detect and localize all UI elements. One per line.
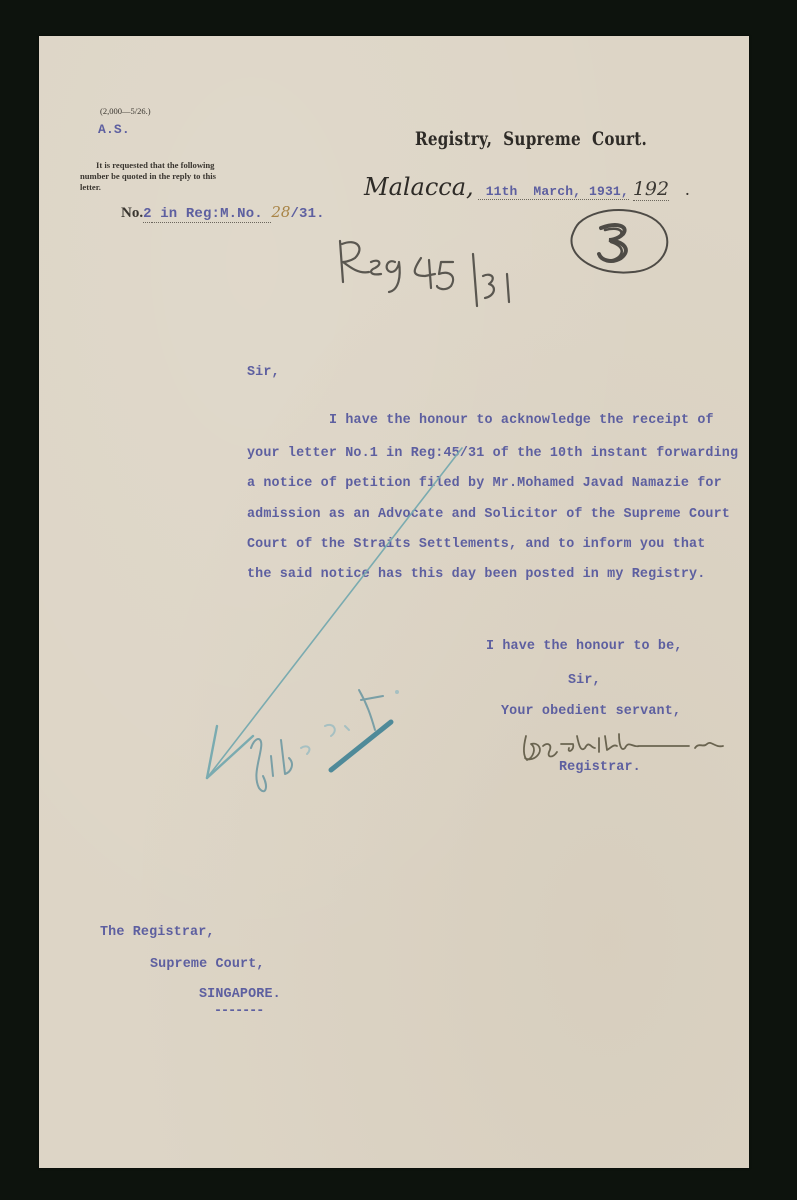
reference-notice-line3: letter. <box>80 182 245 193</box>
reference-number: No.2 in Reg:M.No. 28/31. <box>121 203 325 222</box>
body-line-3: a notice of petition filed by Mr.Mohamed… <box>247 476 722 491</box>
body-line-5: Court of the Straits Settlements, and to… <box>247 537 705 552</box>
date-typed: 11th March, 1931, <box>478 184 629 200</box>
body-line-4: admission as an Advocate and Solicitor o… <box>247 507 730 522</box>
addressee-line-3: SINGAPORE. <box>199 987 281 1002</box>
registrar-signature <box>524 734 723 760</box>
closing-line-2: Sir, <box>568 673 601 688</box>
date-end-dot: . <box>673 179 690 199</box>
typist-initials: A.S. <box>98 122 130 137</box>
pencil-reference-reg-45-31 <box>340 241 509 306</box>
reference-notice-line2: number be quoted in the reply to this <box>80 171 245 182</box>
addressee-line-2: Supreme Court, <box>150 957 265 972</box>
letterhead-title: Registry, Supreme Court. <box>415 128 647 150</box>
place-date-line: Malacca, 11th March, 1931, 192 . <box>364 173 690 201</box>
blue-pencil-initials <box>251 690 398 791</box>
closing-line-3: Your obedient servant, <box>501 704 681 719</box>
reference-notice: It is requested that the following numbe… <box>80 160 245 193</box>
salutation: Sir, <box>247 365 280 380</box>
reference-suffix: /31. <box>290 206 324 222</box>
reference-prefix: No. <box>121 205 143 221</box>
blue-pencil-dash <box>331 722 391 770</box>
year-printed: 192 <box>633 178 669 201</box>
signatory-title: Registrar. <box>559 760 641 775</box>
print-code: (2,000—5/26.) <box>100 106 151 116</box>
place-name: Malacca, <box>364 173 474 201</box>
reference-handwritten-number: 28 <box>271 203 290 221</box>
circled-number-annotation <box>571 210 667 273</box>
body-line-2: your letter No.1 in Reg:45/31 of the 10t… <box>247 446 738 461</box>
closing-line-1: I have the honour to be, <box>486 639 682 654</box>
body-line-1: I have the honour to acknowledge the rec… <box>329 413 714 428</box>
blue-pencil-arrow <box>207 448 462 778</box>
reference-notice-line1: It is requested that the following <box>80 160 245 171</box>
body-line-6: the said notice has this day been posted… <box>247 567 705 582</box>
letter-page: (2,000—5/26.) A.S. It is requested that … <box>39 36 749 1168</box>
addressee-line-1: The Registrar, <box>100 925 215 940</box>
reference-no: 2 <box>143 206 152 223</box>
reference-mid: in Reg:M.No. <box>152 206 272 223</box>
addressee-underline: ------- <box>214 1004 263 1019</box>
